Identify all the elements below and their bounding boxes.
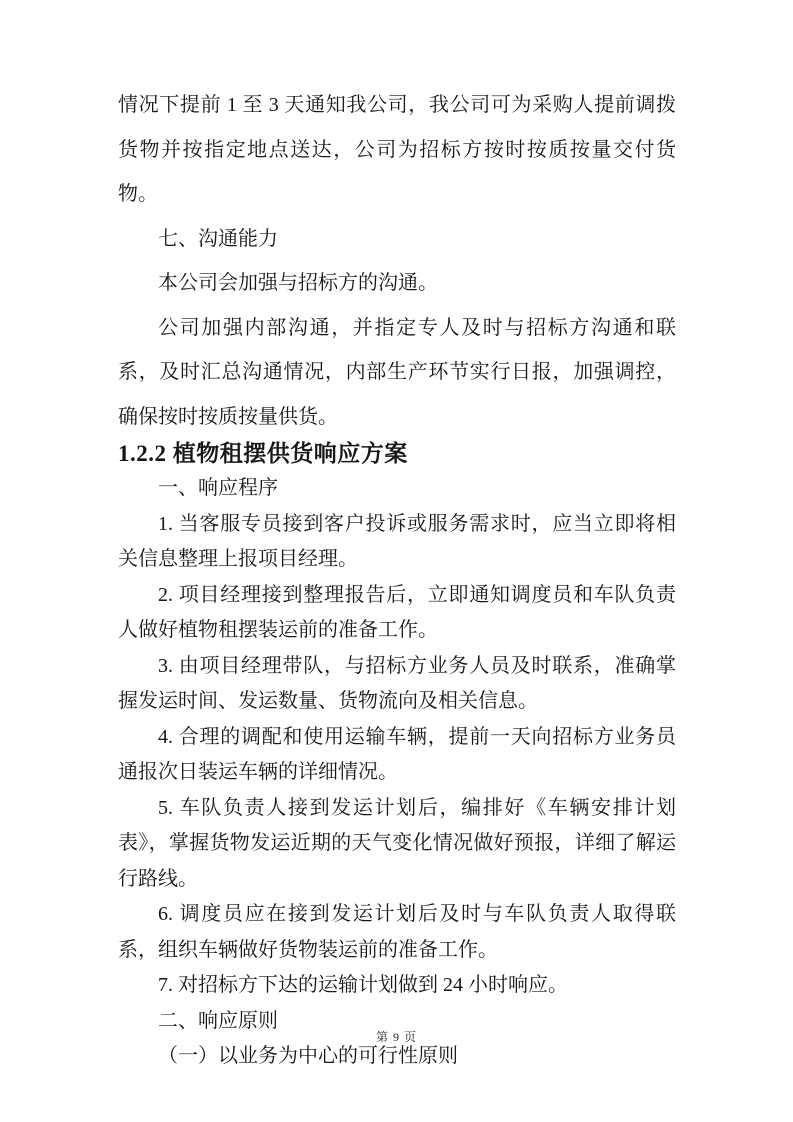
list-item-7: 7. 对招标方下达的运输计划做到 24 小时响应。: [118, 968, 676, 1004]
list-item-2: 2. 项目经理接到整理报告后，立即通知调度员和车队负责人做好植物租摆装运前的准备…: [118, 578, 676, 649]
section-heading: 1.2.2 植物租摆供货响应方案: [118, 439, 676, 469]
document-page: 情况下提前 1 至 3 天通知我公司，我公司可为采购人提前调拨货物并按指定地点送…: [0, 0, 793, 1122]
paragraph: 本公司会加强与招标方的沟通。: [118, 261, 676, 306]
section-response-plan: 一、响应程序 1. 当客服专员接到客户投诉或服务需求时，应当立即将相关信息整理上…: [118, 471, 676, 1075]
list-item-6: 6. 调度员应在接到发运计划后及时与车队负责人取得联系，组织车辆做好货物装运前的…: [118, 897, 676, 968]
paragraph-continuation: 情况下提前 1 至 3 天通知我公司，我公司可为采购人提前调拨货物并按指定地点送…: [118, 83, 676, 217]
list-item-1: 1. 当客服专员接到客户投诉或服务需求时，应当立即将相关信息整理上报项目经理。: [118, 507, 676, 578]
list-item-3: 3. 由项目经理带队，与招标方业务人员及时联系，准确掌握发运时间、发运数量、货物…: [118, 649, 676, 720]
paragraph: 公司加强内部沟通，并指定专人及时与招标方沟通和联系，及时汇总沟通情况，内部生产环…: [118, 306, 676, 440]
list-item-5: 5. 车队负责人接到发运计划后，编排好《车辆安排计划表》，掌握货物发运近期的天气…: [118, 791, 676, 898]
subheading-communication: 七、沟通能力: [118, 217, 676, 262]
list-item-4: 4. 合理的调配和使用运输车辆，提前一天向招标方业务员通报次日装运车辆的详细情况…: [118, 720, 676, 791]
page-number: 第 9 页: [0, 1028, 793, 1045]
subheading-response-procedure: 一、响应程序: [118, 471, 676, 507]
section-communication-ability: 情况下提前 1 至 3 天通知我公司，我公司可为采购人提前调拨货物并按指定地点送…: [118, 83, 676, 439]
